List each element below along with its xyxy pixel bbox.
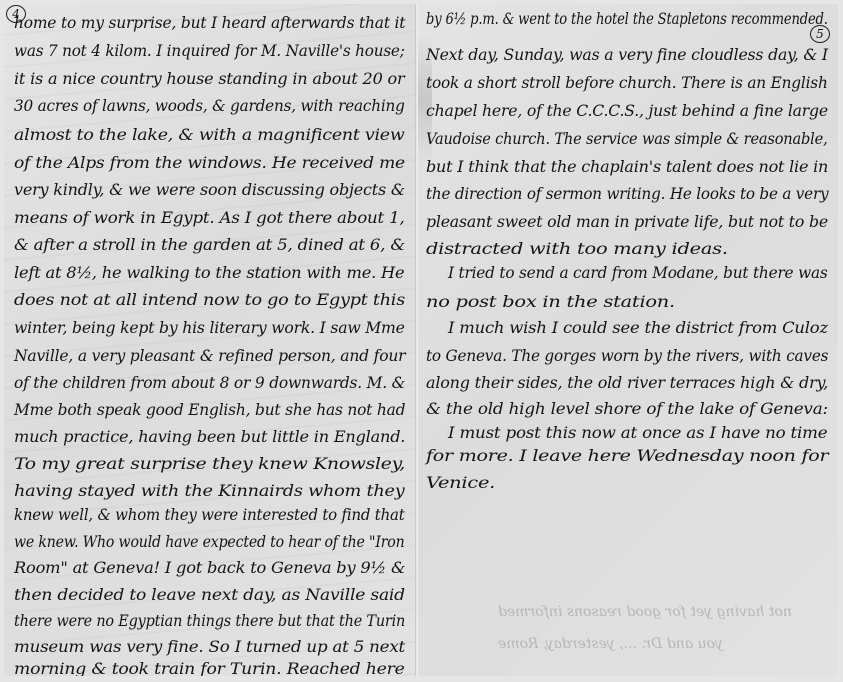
handwritten-line: took a short stroll before church. There… [426, 74, 828, 92]
handwritten-line: I tried to send a card from Modane, but … [448, 264, 828, 282]
handwritten-line: Venice. [426, 474, 495, 492]
left-page: 4 home to my surprise, but I heard after… [4, 4, 416, 676]
handwritten-line: Vaudoise church. The service was simple … [426, 130, 828, 148]
handwritten-line: was 7 not 4 kilom. I inquired for M. Nav… [14, 42, 405, 60]
handwritten-line: & after a stroll in the garden at 5, din… [14, 236, 405, 254]
handwritten-line: by 6½ p.m. & went to the hotel the Stapl… [426, 10, 828, 28]
letter-spread: 4 home to my surprise, but I heard after… [0, 0, 843, 682]
handwritten-line: means of work in Egypt. As I got there a… [14, 209, 405, 227]
handwritten-line: of the children from about 8 or 9 downwa… [14, 374, 405, 392]
handwritten-line: it is a nice country house standing in a… [14, 70, 404, 88]
handwritten-line: 30 acres of lawns, woods, & gardens, wit… [14, 97, 405, 115]
handwritten-line: there were no Egyptian things there but … [14, 612, 405, 630]
handwritten-line: very kindly, & we were soon discussing o… [14, 181, 405, 199]
handwritten-line: home to my surprise, but I heard afterwa… [14, 14, 405, 32]
handwritten-line: much practice, having been but little in… [14, 428, 405, 446]
handwritten-line: of the Alps from the windows. He receive… [14, 154, 405, 172]
handwritten-line: chapel here, of the C.C.C.S., just behin… [426, 102, 828, 120]
handwritten-line: then decided to leave next day, as Navil… [14, 586, 405, 604]
handwritten-line: To my great surprise they knew Knowsley, [14, 455, 405, 473]
handwritten-line: does not at all intend now to go to Egyp… [14, 291, 405, 309]
handwritten-line: the direction of sermon writing. He look… [426, 185, 828, 203]
handwritten-line: knew well, & whom they were interested t… [14, 506, 405, 524]
right-page: 5 by 6½ p.m. & went to the hotel the Sta… [417, 4, 838, 676]
handwritten-line: museum was very fine. So I turned up at … [14, 638, 405, 656]
handwritten-line: distracted with too many ideas. [426, 240, 728, 258]
handwritten-line: Room" at Geneva! I got back to Geneva by… [14, 559, 405, 577]
handwritten-line: for more. I leave here Wednesday noon fo… [426, 447, 828, 465]
handwritten-line: Mme both speak good English, but she has… [14, 401, 405, 419]
bleed-through-text: not having yet for good reasons informed [498, 604, 792, 620]
handwritten-line: along their sides, the old river terrace… [426, 374, 828, 392]
handwritten-line: but I think that the chaplain's talent d… [426, 158, 828, 176]
handwritten-line: pleasant sweet old man in private life, … [426, 213, 828, 231]
handwritten-line: we knew. Who would have expected to hear… [14, 533, 405, 551]
handwritten-line: almost to the lake, & with a magnificent… [14, 126, 404, 144]
handwritten-line: Naville, a very pleasant & refined perso… [14, 347, 405, 365]
handwritten-line: Next day, Sunday, was a very fine cloudl… [426, 46, 828, 64]
handwritten-line: to Geneva. The gorges worn by the rivers… [426, 347, 828, 365]
handwritten-line: I must post this now at once as I have n… [448, 424, 827, 442]
handwritten-line: left at 8½, he walking to the station wi… [14, 264, 404, 282]
handwritten-line: no post box in the station. [426, 293, 675, 311]
handwritten-line: I much wish I could see the district fro… [448, 319, 828, 337]
handwritten-line: winter, being kept by his literary work.… [14, 319, 405, 337]
handwritten-line: having stayed with the Kinnairds whom th… [14, 482, 404, 500]
bleed-through-text: you and Dr. ..., yesterday, Rome [498, 636, 723, 652]
handwritten-line: & the old high level shore of the lake o… [426, 400, 828, 418]
handwritten-line: morning & took train for Turin. Reached … [14, 660, 405, 676]
